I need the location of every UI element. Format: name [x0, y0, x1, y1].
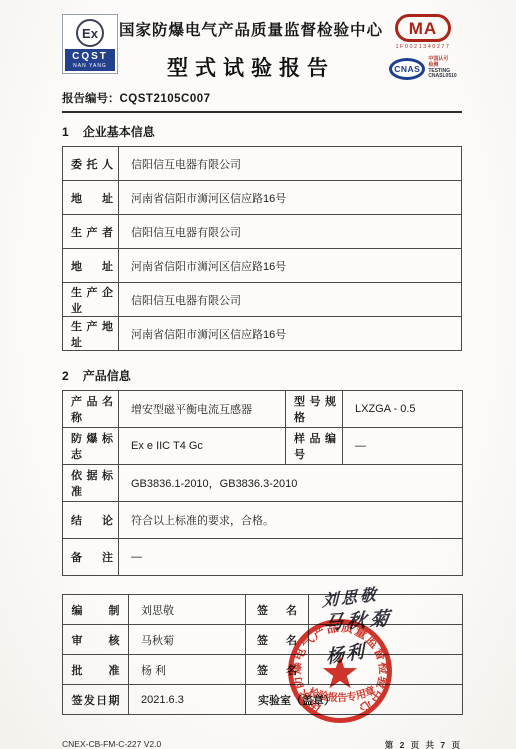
row-label-cell: 生产企业: [63, 283, 119, 317]
table-row: 防爆标志 Ex e IIC T4 Gc 样品编号 —: [63, 428, 463, 465]
report-page: Ex CQST NAN YANG 国家防爆电气产品质量监督检验中心 型式试验报告…: [0, 0, 516, 749]
row-label: 生产者: [71, 224, 113, 240]
row-label-cell: 地址: [63, 249, 119, 283]
row-label: 防爆标志: [71, 430, 113, 462]
ex-mark-icon: Ex: [76, 19, 104, 47]
cma-logo-icon: MA: [395, 14, 451, 42]
row-label-cell: 型号规格: [286, 391, 343, 428]
row-label: 型号规格: [294, 393, 336, 425]
row-label-cell: 签名: [246, 655, 309, 685]
table-row: 生产者 信阳信互电器有限公司: [63, 215, 462, 249]
row-label-cell: 批准: [63, 655, 129, 685]
row-value-cell: 信阳信互电器有限公司: [119, 215, 462, 249]
row-value-cell: 增安型磁平衡电流互感器: [119, 391, 286, 428]
table-row: 签发日期 2021.6.3 实验室（盖章）: [63, 685, 463, 715]
row-label: 签名: [257, 632, 297, 648]
row-value-cell: 刘思敬: [129, 595, 246, 625]
enterprise-info-table: 委托人 信阳信互电器有限公司 地址 河南省信阳市浉河区信应路16号 生产者 信阳…: [62, 146, 462, 351]
row-value-cell: —: [343, 428, 463, 465]
table-row: 地址 河南省信阳市浉河区信应路16号: [63, 249, 462, 283]
row-label: 签名: [257, 602, 297, 618]
row-value-cell: 杨 利: [129, 655, 246, 685]
report-number-label: 报告编号：: [62, 93, 120, 105]
row-label-cell: 生产地址: [63, 317, 119, 351]
row-value-cell: 河南省信阳市浉河区信应路16号: [119, 317, 462, 351]
row-label: 结论: [71, 512, 113, 528]
row-value-cell: —: [119, 539, 463, 576]
organization-title: 国家防爆电气产品质量监督检验中心: [118, 18, 384, 40]
cma-logo-text: MA: [409, 20, 437, 37]
row-value-cell: 河南省信阳市浉河区信应路16号: [119, 249, 462, 283]
cnas-en2: CNASL0510: [428, 74, 456, 80]
row-label-cell: 防爆标志: [63, 428, 119, 465]
product-info-table: 产品名称 增安型磁平衡电流互感器 型号规格 LXZGA - 0.5 防爆标志 E…: [62, 390, 463, 576]
approval-table: 编制 刘思敬 签名 审核 马秋菊 签名 批准 杨 利 签名 签发日期 2021.…: [62, 594, 463, 715]
row-label-cell: 依据标准: [63, 465, 119, 502]
table-row: 产品名称 增安型磁平衡电流互感器 型号规格 LXZGA - 0.5: [63, 391, 463, 428]
row-label: 备注: [71, 549, 113, 565]
cnas-oval-icon: CNAS: [389, 58, 425, 80]
cqst-logo-text: CQST: [65, 52, 115, 62]
table-row: 委托人 信阳信互电器有限公司: [63, 147, 462, 181]
table-row: 结论 符合以上标准的要求，合格。: [63, 502, 463, 539]
row-label: 地址: [71, 258, 113, 274]
document-code: CNEX-CB-FM-C-227 V2.0: [62, 739, 161, 749]
cnas-side-text: 中国认可 检测 TESTING CNASL0510: [428, 57, 456, 80]
row-label: 产品名称: [71, 393, 113, 425]
table-row: 编制 刘思敬 签名: [63, 595, 463, 625]
table-row: 批准 杨 利 签名: [63, 655, 463, 685]
table-row: 生产地址 河南省信阳市浉河区信应路16号: [63, 317, 462, 351]
section2-number: 2: [62, 369, 69, 383]
row-label: 样品编号: [294, 430, 336, 462]
row-label-cell: 地址: [63, 181, 119, 215]
row-value-cell: 信阳信互电器有限公司: [119, 283, 462, 317]
certification-logos: MA 1F0021340277 CNAS 中国认可 检测 TESTING CNA…: [384, 14, 462, 80]
row-label: 编制: [72, 602, 120, 618]
cqst-ex-logo: Ex CQST NAN YANG: [62, 14, 118, 74]
row-label: 签名: [257, 662, 297, 678]
signature-cell: [309, 595, 463, 625]
section1-number: 1: [62, 125, 69, 139]
row-value-cell: 河南省信阳市浉河区信应路16号: [119, 181, 462, 215]
row-label-cell: 生产者: [63, 215, 119, 249]
signature-cell: [309, 625, 463, 655]
report-number-value: CQST2105C007: [120, 93, 211, 105]
row-label-cell: 签发日期: [63, 685, 129, 715]
signature-cell: [309, 655, 463, 685]
cnas-logo: CNAS 中国认可 检测 TESTING CNASL0510: [389, 57, 456, 80]
row-label-cell: 样品编号: [286, 428, 343, 465]
row-label: 生产企业: [71, 284, 113, 316]
row-label: 地址: [71, 190, 113, 206]
row-label: 签发日期: [72, 692, 120, 708]
section2-title: 产品信息: [83, 369, 131, 383]
row-label: 依据标准: [71, 467, 113, 499]
row-value-cell: LXZGA - 0.5: [343, 391, 463, 428]
row-label-cell: 委托人: [63, 147, 119, 181]
section1-heading: 1企业基本信息: [62, 123, 462, 140]
section1-title: 企业基本信息: [83, 125, 155, 139]
row-label: 批准: [72, 662, 120, 678]
table-row: 依据标准 GB3836.1-2010，GB3836.3-2010: [63, 465, 463, 502]
row-label-cell: 结论: [63, 502, 119, 539]
row-value-cell: 信阳信互电器有限公司: [119, 147, 462, 181]
row-value-cell: GB3836.1-2010，GB3836.3-2010: [119, 465, 463, 502]
table-row: 生产企业 信阳信互电器有限公司: [63, 283, 462, 317]
row-label-cell: 签名: [246, 625, 309, 655]
row-label-cell: 产品名称: [63, 391, 119, 428]
header-titles: 国家防爆电气产品质量监督检验中心 型式试验报告: [118, 12, 384, 82]
cnas-logo-text: CNAS: [394, 64, 420, 74]
row-value-cell: 马秋菊: [129, 625, 246, 655]
row-value-cell: 符合以上标准的要求，合格。: [119, 502, 463, 539]
section2-heading: 2产品信息: [62, 367, 462, 384]
row-label-cell: 审核: [63, 625, 129, 655]
page-header: Ex CQST NAN YANG 国家防爆电气产品质量监督检验中心 型式试验报告…: [62, 12, 462, 88]
row-value-cell: Ex e IIC T4 Gc: [119, 428, 286, 465]
lab-stamp-cell: 实验室（盖章）: [246, 685, 463, 715]
row-label-cell: 签名: [246, 595, 309, 625]
row-value-cell: 2021.6.3: [129, 685, 246, 715]
cqst-logo-top: Ex: [65, 17, 115, 49]
report-title: 型式试验报告: [118, 52, 384, 82]
row-label: 审核: [72, 632, 120, 648]
row-label-cell: 编制: [63, 595, 129, 625]
cqst-logo-bottom: CQST NAN YANG: [65, 49, 115, 71]
page-footer: CNEX-CB-FM-C-227 V2.0 第 2 页 共 7 页: [62, 739, 462, 749]
nanyang-logo-text: NAN YANG: [65, 64, 115, 69]
report-number-line: 报告编号：CQST2105C007: [62, 90, 462, 113]
cma-number: 1F0021340277: [395, 44, 450, 50]
row-label-cell: 备注: [63, 539, 119, 576]
page-indicator: 第 2 页 共 7 页: [385, 739, 462, 749]
table-row: 地址 河南省信阳市浉河区信应路16号: [63, 181, 462, 215]
row-label: 委托人: [71, 156, 113, 172]
table-row: 审核 马秋菊 签名: [63, 625, 463, 655]
row-label: 生产地址: [71, 318, 113, 350]
table-row: 备注 —: [63, 539, 463, 576]
